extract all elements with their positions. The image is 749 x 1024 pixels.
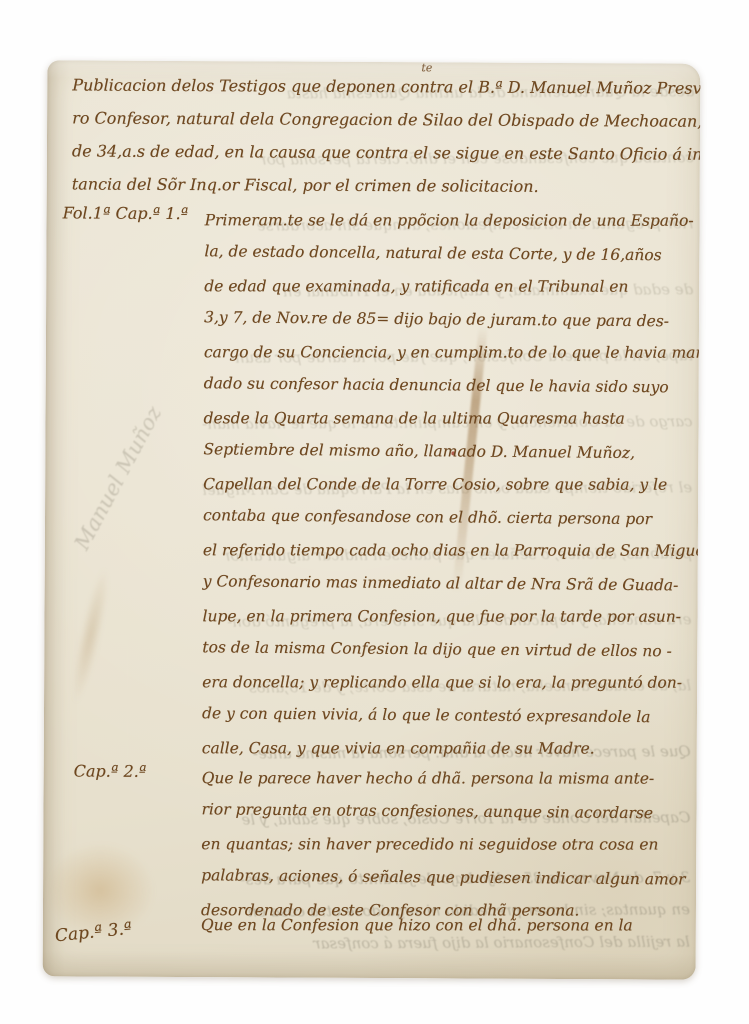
photo-background: desde la Quarta semana de la ultima Quar…: [0, 0, 749, 1024]
paragraph-line: tos de la misma Confesion la dijo que en…: [202, 631, 700, 668]
paragraph-line: en quantas; sin haver precedido ni segui…: [201, 828, 685, 861]
header-line: ro Confesor, natural dela Congregacion d…: [72, 101, 700, 137]
paragraph-line: lupe, en la primera Confesion, que fue p…: [202, 600, 700, 633]
paragraph-line: era doncella; y replicando ella que si l…: [202, 666, 700, 699]
header-line: tancia del Sõr Inq.or Fiscal, por el cri…: [72, 167, 701, 203]
paragraph-line: desde la Quarta semana de la ultima Quar…: [204, 402, 701, 435]
bleedthrough-layer: desde la Quarta semana de la ultima Quar…: [47, 60, 700, 63]
paragraph-line: la, de estado doncella, natural de esta …: [204, 235, 700, 272]
paragraph-line: cargo de su Conciencia, y en cumplim.to …: [204, 336, 701, 369]
document-header: Publicacion delos Testigos que deponen c…: [72, 68, 701, 203]
paragraph-line: Septiembre del mismo año, llamado D. Man…: [203, 433, 700, 470]
paragraph-cap1: Primeram.te se le dá en ppõcion la depos…: [202, 203, 701, 767]
paragraph-line: y Confesonario mas inmediato al altar de…: [203, 565, 701, 602]
header-line: de 34,a.s de edad, en la causa que contr…: [72, 134, 701, 170]
margin-label-fol1-cap1: Fol.1ª Cap.ª 1.ª: [63, 203, 189, 224]
paragraph-line: de edad que examinada, y ratificada en e…: [204, 270, 700, 303]
paragraph-line: el referido tiempo cada ocho dias en la …: [203, 534, 701, 567]
header-line: Publicacion delos Testigos que deponen c…: [72, 68, 700, 104]
margin-label-cap2: Cap.ª 2.ª: [74, 761, 147, 781]
paragraph-line: Primeram.te se le dá en ppõcion la depos…: [205, 204, 701, 237]
paragraph-line: Que en la Confesion que hizo con el dhã.…: [201, 909, 633, 942]
paragraph-line: dado su confesor hacia denuncia del que …: [204, 367, 701, 404]
paragraph-line: Que le parece haver hecho á dhã. persona…: [202, 762, 686, 795]
paragraph-line: palabras, aciones, ó señales que pudiese…: [201, 859, 686, 896]
paragraph-line: de y con quien vivia, á lo que le contes…: [202, 697, 701, 734]
paragraph-cap3: Que en la Confesion que hizo con el dhã.…: [201, 908, 633, 943]
paragraph-line: 3,y 7, de Nov.re de 85= dijo bajo de jur…: [204, 301, 700, 338]
paragraph-line: Capellan del Conde de la Torre Cosio, so…: [203, 468, 700, 501]
manuscript-page: desde la Quarta semana de la ultima Quar…: [43, 60, 701, 979]
paragraph-line: contaba que confesandose con el dhõ. cie…: [203, 499, 701, 536]
paragraph-cap2: Que le parece haver hecho á dhã. persona…: [201, 761, 686, 929]
paragraph-line: rior pregunta en otras confesiones, aunq…: [201, 793, 686, 830]
